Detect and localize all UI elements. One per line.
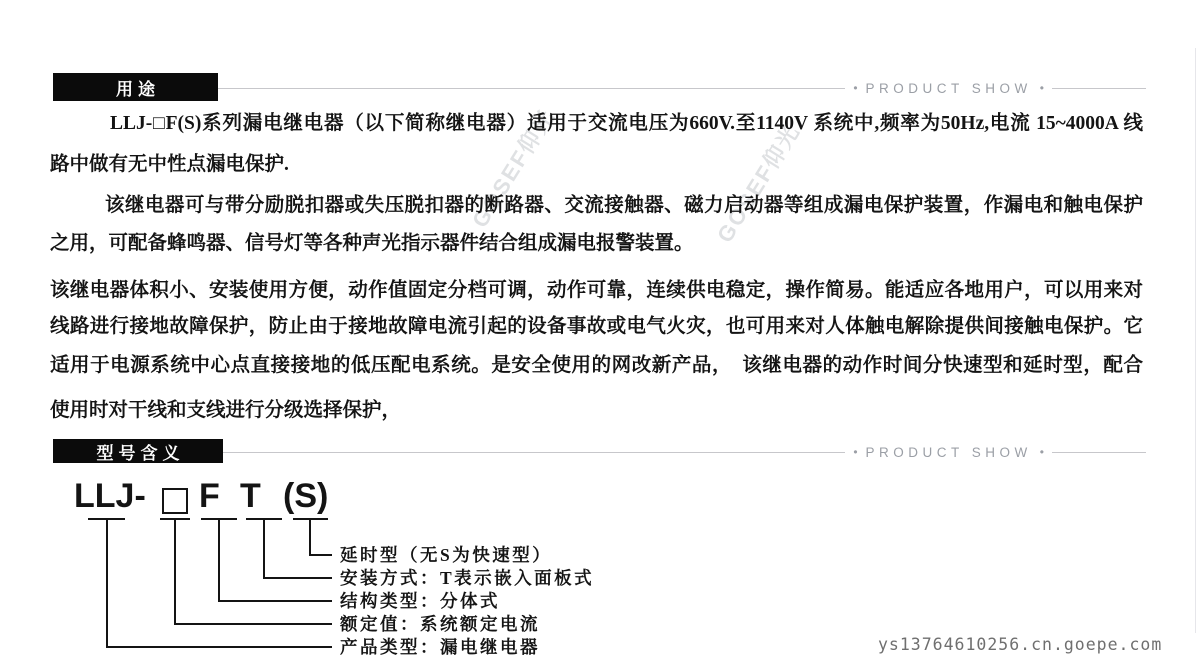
divider-rule-left [223,452,845,453]
section-divider: • PRODUCT SHOW • [223,444,1146,460]
model-label-structure: 结构类型：分体式 [340,590,500,612]
section-divider: • PRODUCT SHOW • [218,80,1146,96]
code-underline [160,518,190,520]
code-underline [246,518,282,520]
usage-text-line: 该继电器体积小、安装使用方便，动作值固定分档可调，动作可靠，连续供电稳定，操作简… [50,278,1143,304]
divider-bullet-icon: • [845,444,865,460]
usage-text-line: 线路进行接地故障保护，防止由于接地故障电流引起的设备事故或电气火灾，也可用来对人… [50,314,1143,340]
page-edge-divider [1195,48,1196,633]
model-code-token-t: T [240,477,261,515]
divider-bullet-icon: • [1032,444,1052,460]
code-underline [293,518,328,520]
divider-bullet-icon: • [845,80,865,96]
code-underline [88,518,125,520]
model-label-mount-style: 安装方式：T表示嵌入面板式 [340,567,594,589]
divider-label: PRODUCT SHOW [866,445,1032,460]
model-label-delay-type: 延时型（无S为快速型） [340,544,552,566]
usage-text-line: 该继电器可与带分励脱扣器或失压脱扣器的断路器、交流接触器、磁力启动器等组成漏电保… [50,193,1143,219]
usage-text-line: 之用，可配备蜂鸣器、信号灯等各种声光指示器件结合组成漏电报警装置。 [50,231,1143,257]
usage-text-line: 适用于电源系统中心点直接接地的低压配电系统。是安全使用的网改新产品， 该继电器的… [50,353,1143,379]
divider-label: PRODUCT SHOW [866,81,1032,96]
divider-rule-right [1052,88,1146,89]
section-tab-usage: 用途 [53,73,218,101]
section-tab-usage-label: 用途 [111,75,160,100]
model-code-token-f: F [199,477,220,515]
usage-text-line: 路中做有无中性点漏电保护. [50,152,1143,178]
usage-text-line: LLJ-□F(S)系列漏电继电器（以下简称继电器）适用于交流电压为660V.至1… [50,111,1143,137]
model-code-token-s: (S) [283,477,328,515]
model-code-placeholder-box: □ [162,488,188,514]
section-tab-model-label: 型号含义 [92,439,185,464]
section-tab-model: 型号含义 [53,439,223,463]
divider-rule-right [1052,452,1146,453]
usage-text-line: 使用时对干线和支线进行分级选择保护， [50,398,1143,424]
product-document-page: GOSEF仰光 GOSEF仰光 用途 • PRODUCT SHOW • LLJ-… [0,0,1200,666]
model-label-product-type: 产品类型：漏电继电器 [340,636,540,658]
model-label-rated-value: 额定值：系统额定电流 [340,613,540,635]
divider-rule-left [218,88,845,89]
model-code-prefix: LLJ- [74,477,146,515]
footer-watermark-url: ys13764610256.cn.goepe.com [878,635,1162,654]
divider-bullet-icon: • [1032,80,1052,96]
code-underline [201,518,237,520]
